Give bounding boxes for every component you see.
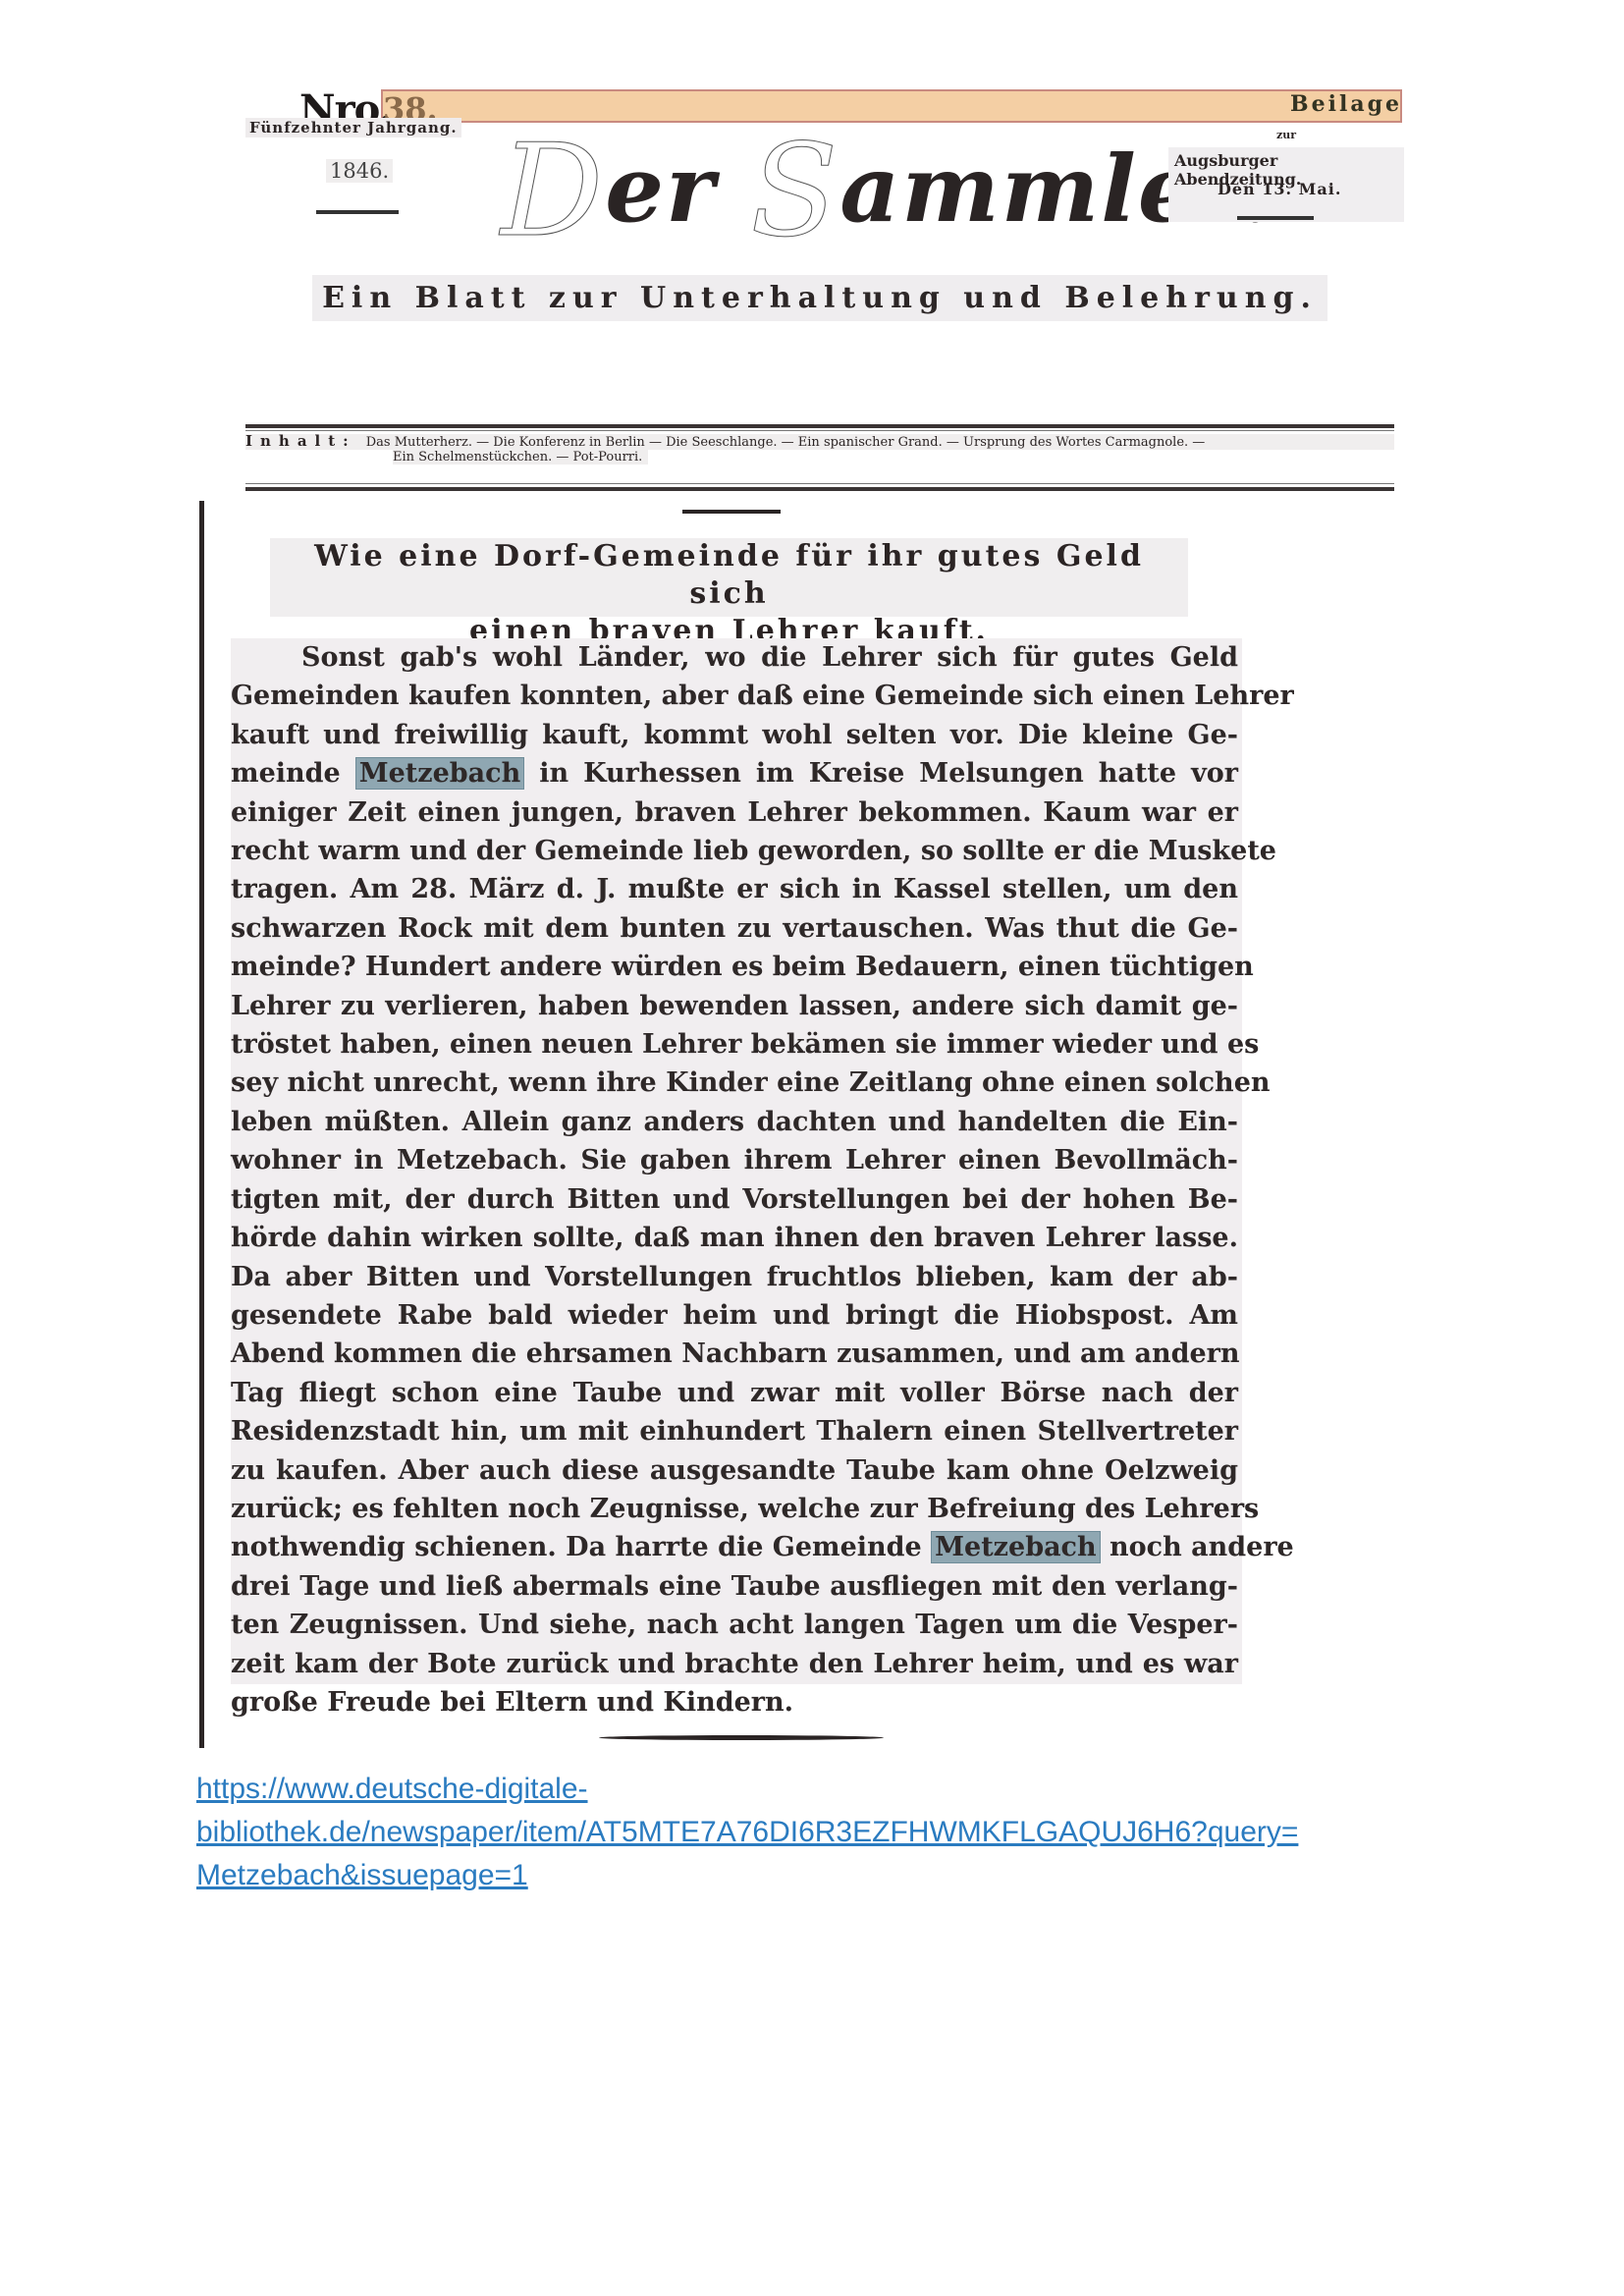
line-text: Da aber Bitten und Vorstellungen fruchtl… <box>231 1262 1238 1292</box>
source-url-line-2[interactable]: bibliothek.de/newspaper/item/AT5MTE7A76D… <box>196 1811 1473 1854</box>
newspaper-subtitle: Ein Blatt zur Unterhaltung und Belehrung… <box>245 275 1394 321</box>
article-paragraph: Sonst gab's wohl Länder, wo die Lehrer s… <box>231 638 1242 1722</box>
article-line: Residenzstadt hin, um mit einhundert Tha… <box>231 1412 1238 1450</box>
newspaper-title: Der Sammler. <box>501 116 1274 265</box>
article-body: Sonst gab's wohl Länder, wo die Lehrer s… <box>231 638 1242 1684</box>
line-text: tragen. Am 28. März d. J. mußte er sich … <box>231 874 1238 904</box>
divider-right <box>1237 216 1314 220</box>
contents-bottom-rule <box>245 487 1394 491</box>
title-part-1: er <box>605 136 716 244</box>
article-line: Abend kommen die ehrsamen Nachbarn zusam… <box>231 1335 1238 1373</box>
line-text: tröstet haben, einen neuen Lehrer bekäme… <box>231 1029 1259 1060</box>
contents-label: Inhalt: <box>245 432 356 450</box>
article-line: sey nicht unrecht, wenn ihre Kinder eine… <box>231 1064 1238 1102</box>
divider-left <box>316 210 399 214</box>
article-line: leben müßten. Allein ganz anders dachten… <box>231 1103 1238 1141</box>
article-line: hörde dahin wirken sollte, daß man ihnen… <box>231 1219 1238 1257</box>
line-text: Residenzstadt hin, um mit einhundert Tha… <box>231 1416 1238 1447</box>
contents-bottom-rule-thin <box>245 483 1394 484</box>
line-text: zu kaufen. Aber auch diese ausgesandte T… <box>231 1455 1238 1486</box>
line-text: hörde dahin wirken sollte, daß man ihnen… <box>231 1223 1238 1253</box>
table-of-contents: Inhalt:Das Mutterherz. — Die Konferenz i… <box>245 434 1394 465</box>
line-text: Sonst gab's wohl Länder, wo die Lehrer s… <box>301 642 1238 673</box>
article-line: Tag fliegt schon eine Taube und zwar mit… <box>231 1374 1238 1412</box>
line-text: tigten mit, der durch Bitten und Vorstel… <box>231 1184 1238 1215</box>
line-text: drei Tage und ließ abermals eine Taube a… <box>231 1571 1238 1602</box>
article-line: kauft und freiwillig kauft, kommt wohl s… <box>231 716 1238 754</box>
line-text: Tag fliegt schon eine Taube und zwar mit… <box>231 1378 1238 1408</box>
headline-line-1: Wie eine Dorf-Gemeinde für ihr gutes Gel… <box>270 538 1188 613</box>
line-text: zurück; es fehlten noch Zeugnisse, welch… <box>231 1494 1259 1524</box>
article-line: Lehrer zu verlieren, haben bewenden lass… <box>231 987 1238 1025</box>
article-line: wohner in Metzebach. Sie gaben ihrem Leh… <box>231 1141 1238 1179</box>
article-line: einiger Zeit einen jungen, braven Lehrer… <box>231 793 1238 832</box>
line-text: wohner in Metzebach. Sie gaben ihrem Leh… <box>231 1145 1238 1175</box>
article-line: Sonst gab's wohl Länder, wo die Lehrer s… <box>231 638 1238 677</box>
line-text: Lehrer zu verlieren, haben bewenden lass… <box>231 991 1238 1021</box>
article-separator-top <box>682 510 781 514</box>
article-line: gesendete Rabe bald wieder heim und brin… <box>231 1296 1238 1335</box>
line-text: noch andere <box>1101 1532 1294 1562</box>
line-text: große Freude bei Eltern und Kindern. <box>231 1687 793 1718</box>
line-text: zeit kam der Bote zurück und brachte den… <box>231 1649 1238 1679</box>
contents-top-rule <box>245 424 1394 428</box>
article-line: ten Zeugnissen. Und siehe, nach acht lan… <box>231 1606 1238 1644</box>
article-clipping-border <box>199 501 204 1748</box>
contents-items-1: Das Mutterherz. — Die Konferenz in Berli… <box>366 435 1206 450</box>
line-text: meinde? Hundert andere würden es beim Be… <box>231 952 1254 982</box>
search-term-highlight: Metzebach <box>355 757 525 790</box>
article-headline: Wie eine Dorf-Gemeinde für ihr gutes Gel… <box>270 538 1188 617</box>
article-line: zeit kam der Bote zurück und brachte den… <box>231 1645 1238 1683</box>
article-line: meinde Metzebach in Kurhessen im Kreise … <box>231 754 1238 793</box>
article-line: tröstet haben, einen neuen Lehrer bekäme… <box>231 1025 1238 1064</box>
line-text: schwarzen Rock mit dem bunten zu vertaus… <box>231 913 1238 944</box>
title-ornate-initial-s: S <box>750 116 839 265</box>
line-text: einiger Zeit einen jungen, braven Lehrer… <box>231 797 1238 828</box>
article-line: schwarzen Rock mit dem bunten zu vertaus… <box>231 909 1238 948</box>
line-text: nothwendig schienen. Da harrte die Gemei… <box>231 1532 931 1562</box>
article-line: Gemeinden kaufen konnten, aber daß eine … <box>231 677 1238 715</box>
article-line: Da aber Bitten und Vorstellungen fruchtl… <box>231 1258 1238 1296</box>
article-line: tigten mit, der durch Bitten und Vorstel… <box>231 1180 1238 1219</box>
article-line: große Freude bei Eltern und Kindern. <box>231 1683 1238 1722</box>
article-line: tragen. Am 28. März d. J. mußte er sich … <box>231 870 1238 908</box>
article-line: nothwendig schienen. Da harrte die Gemei… <box>231 1528 1238 1566</box>
subtitle-text: Ein Blatt zur Unterhaltung und Belehrung… <box>312 275 1327 321</box>
line-text: gesendete Rabe bald wieder heim und brin… <box>231 1300 1238 1331</box>
line-text: recht warm und der Gemeinde lieb geworde… <box>231 836 1276 866</box>
article-separator-bottom <box>599 1735 884 1740</box>
article-line: recht warm und der Gemeinde lieb geworde… <box>231 832 1238 870</box>
article-line: meinde? Hundert andere würden es beim Be… <box>231 948 1238 986</box>
source-url-link[interactable]: https://www.deutsche-digitale- bibliothe… <box>196 1768 1473 1897</box>
source-url-line-1[interactable]: https://www.deutsche-digitale- <box>196 1768 1473 1811</box>
line-text: sey nicht unrecht, wenn ihre Kinder eine… <box>231 1067 1271 1098</box>
newspaper-masthead: Nro. 38. Fünfzehnter Jahrgang. 1846. Der… <box>245 79 1404 432</box>
line-text: ten Zeugnissen. Und siehe, nach acht lan… <box>231 1610 1238 1640</box>
line-text: meinde <box>231 758 355 789</box>
line-text: leben müßten. Allein ganz anders dachten… <box>231 1107 1238 1137</box>
supplement-to-label: zur <box>1276 129 1296 141</box>
search-term-highlight: Metzebach <box>931 1531 1101 1563</box>
contents-top-rule-thin <box>245 430 1394 431</box>
line-text: in Kurhessen im Kreise Melsungen hatte v… <box>524 758 1238 789</box>
title-ornate-initial-d: D <box>501 116 605 265</box>
contents-line-2: Ein Schelmenstückchen. — Pot-Pourri. <box>393 450 648 465</box>
article-line: zurück; es fehlten noch Zeugnisse, welch… <box>231 1490 1238 1528</box>
line-text: Gemeinden kaufen konnten, aber daß eine … <box>231 681 1294 711</box>
article-line: zu kaufen. Aber auch diese ausgesandte T… <box>231 1451 1238 1490</box>
contents-line-1: Inhalt:Das Mutterherz. — Die Konferenz i… <box>245 434 1394 450</box>
supplement-label: Beilage <box>1290 91 1402 117</box>
line-text: Abend kommen die ehrsamen Nachbarn zusam… <box>231 1339 1240 1369</box>
publication-year: 1846. <box>326 159 393 183</box>
volume-label: Fünfzehnter Jahrgang. <box>245 118 461 137</box>
line-text: kauft und freiwillig kauft, kommt wohl s… <box>231 720 1238 750</box>
source-url-line-3[interactable]: Metzebach&issuepage=1 <box>196 1854 1473 1897</box>
issue-date: Den 13. Mai. <box>1218 180 1341 198</box>
article-line: drei Tage und ließ abermals eine Taube a… <box>231 1567 1238 1606</box>
